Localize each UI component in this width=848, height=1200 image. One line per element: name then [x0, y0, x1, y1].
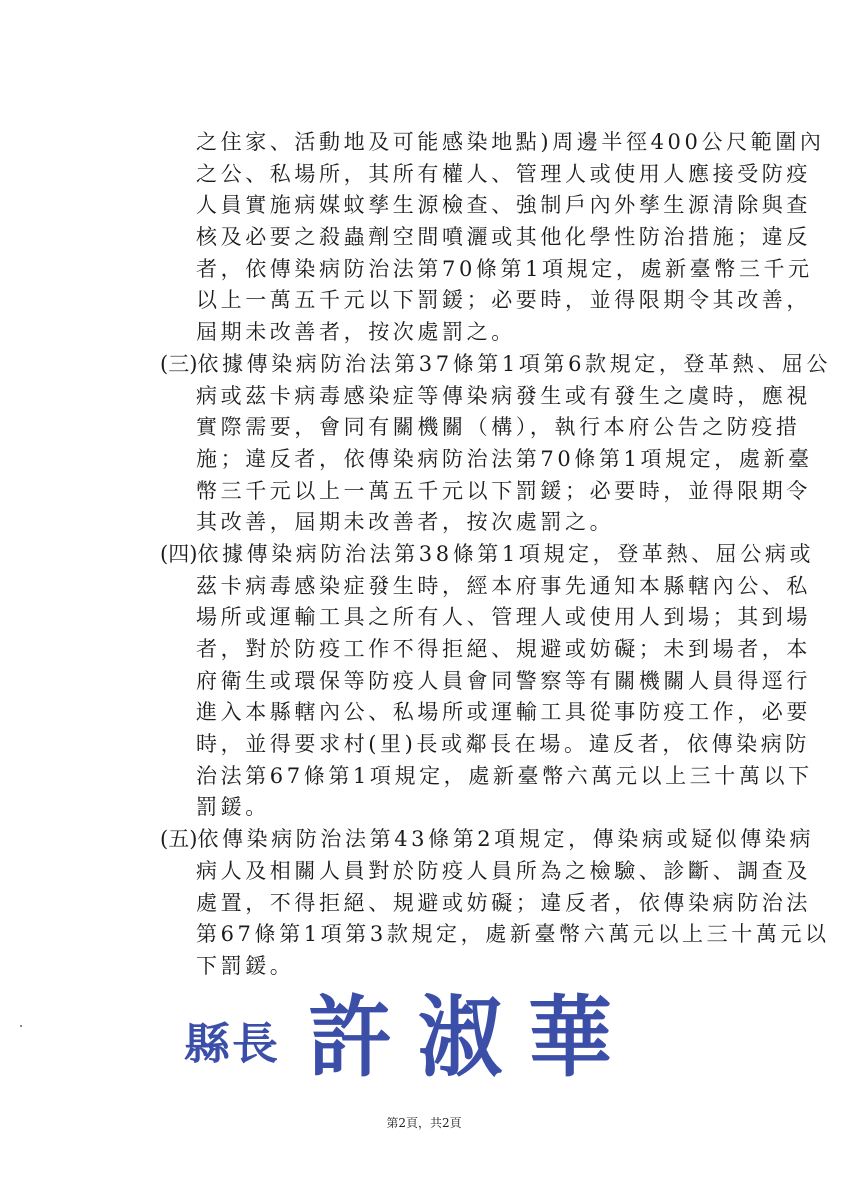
signature-name: 許淑華 — [308, 966, 638, 1093]
notice-body: 之住家、活動地及可能感染地點)周邊半徑400公尺範圍內 之公、私場所，其所有權人… — [160, 127, 760, 983]
text-line: 場所或運輸工具之所有人、管理人或使用人到場；其到場 — [160, 602, 760, 634]
text-line: 其改善，屆期未改善者，按次處罰之。 — [160, 507, 760, 539]
text-line: 之公、私場所，其所有權人、管理人或使用人應接受防疫 — [160, 159, 760, 191]
item-text: 依據傳染病防治法第38條第1項規定，登革熱、屈公病或 — [197, 542, 814, 566]
text-line: 時，並得要求村(里)長或鄰長在場。違反者，依傳染病防 — [160, 729, 760, 761]
text-line: (四)依據傳染病防治法第38條第1項規定，登革熱、屈公病或 — [160, 539, 760, 571]
paragraph-item-3: (三)依據傳染病防治法第37條第1項第6款規定，登革熱、屈公 病或茲卡病毒感染症… — [160, 349, 760, 539]
item-label: (四) — [160, 542, 197, 566]
text-line: 病或茲卡病毒感染症等傳染病發生或有發生之虞時，應視 — [160, 381, 760, 413]
text-line: 施；違反者，依傳染病防治法第70條第1項規定，處新臺 — [160, 444, 760, 476]
text-line: 者，依傳染病防治法第70條第1項規定，處新臺幣三千元 — [160, 254, 760, 286]
text-line: 幣三千元以上一萬五千元以下罰鍰；必要時，並得限期令 — [160, 476, 760, 508]
text-line: 治法第67條第1項規定，處新臺幣六萬元以上三十萬以下 — [160, 761, 760, 793]
text-line: 以上一萬五千元以下罰鍰；必要時，並得限期令其改善， — [160, 285, 760, 317]
text-line: 第67條第1項第3款規定，處新臺幣六萬元以上三十萬元以 — [160, 919, 760, 951]
item-label: (五) — [160, 827, 197, 851]
paragraph-continuation: 之住家、活動地及可能感染地點)周邊半徑400公尺範圍內 之公、私場所，其所有權人… — [160, 127, 760, 349]
text-line: 者，對於防疫工作不得拒絕、規避或妨礙；未到場者，本 — [160, 634, 760, 666]
text-line: 屆期未改善者，按次處罰之。 — [160, 317, 760, 349]
document-page: 之住家、活動地及可能感染地點)周邊半徑400公尺範圍內 之公、私場所，其所有權人… — [0, 0, 848, 1200]
text-line: 罰鍰。 — [160, 792, 760, 824]
text-line: 核及必要之殺蟲劑空間噴灑或其他化學性防治措施；違反 — [160, 222, 760, 254]
text-line: 進入本縣轄內公、私場所或運輸工具從事防疫工作，必要 — [160, 697, 760, 729]
text-line: (五)依傳染病防治法第43條第2項規定，傳染病或疑似傳染病 — [160, 824, 760, 856]
item-text: 依傳染病防治法第43條第2項規定，傳染病或疑似傳染病 — [197, 827, 814, 851]
text-line: 府衛生或環保等防疫人員會同警察等有關機關人員得逕行 — [160, 666, 760, 698]
page-indicator: 第2頁，共2頁 — [386, 1116, 461, 1130]
text-line: 病人及相關人員對於防疫人員所為之檢驗、診斷、調查及 — [160, 856, 760, 888]
signature-stamp: 縣長 許淑華 — [184, 978, 644, 1082]
text-line: 茲卡病毒感染症發生時，經本府事先通知本縣轄內公、私 — [160, 571, 760, 603]
text-line: 人員實施病媒蚊孳生源檢查、強制戶內外孳生源清除與查 — [160, 190, 760, 222]
paragraph-item-5: (五)依傳染病防治法第43條第2項規定，傳染病或疑似傳染病 病人及相關人員對於防… — [160, 824, 760, 982]
text-line: 實際需要，會同有關機關（構），執行本府公告之防疫措 — [160, 412, 760, 444]
text-line: (三)依據傳染病防治法第37條第1項第6款規定，登革熱、屈公 — [160, 349, 760, 381]
item-label: (三) — [160, 352, 197, 376]
page-footer: 第2頁，共2頁 — [0, 1114, 848, 1131]
text-line: 之住家、活動地及可能感染地點)周邊半徑400公尺範圍內 — [160, 127, 760, 159]
signature-title: 縣長 — [184, 1010, 280, 1073]
item-text: 依據傳染病防治法第37條第1項第6款規定，登革熱、屈公 — [197, 352, 831, 376]
text-line: 處置，不得拒絕、規避或妨礙；違反者，依傳染病防治法 — [160, 888, 760, 920]
scan-artifact — [20, 1025, 22, 1027]
paragraph-item-4: (四)依據傳染病防治法第38條第1項規定，登革熱、屈公病或 茲卡病毒感染症發生時… — [160, 539, 760, 824]
